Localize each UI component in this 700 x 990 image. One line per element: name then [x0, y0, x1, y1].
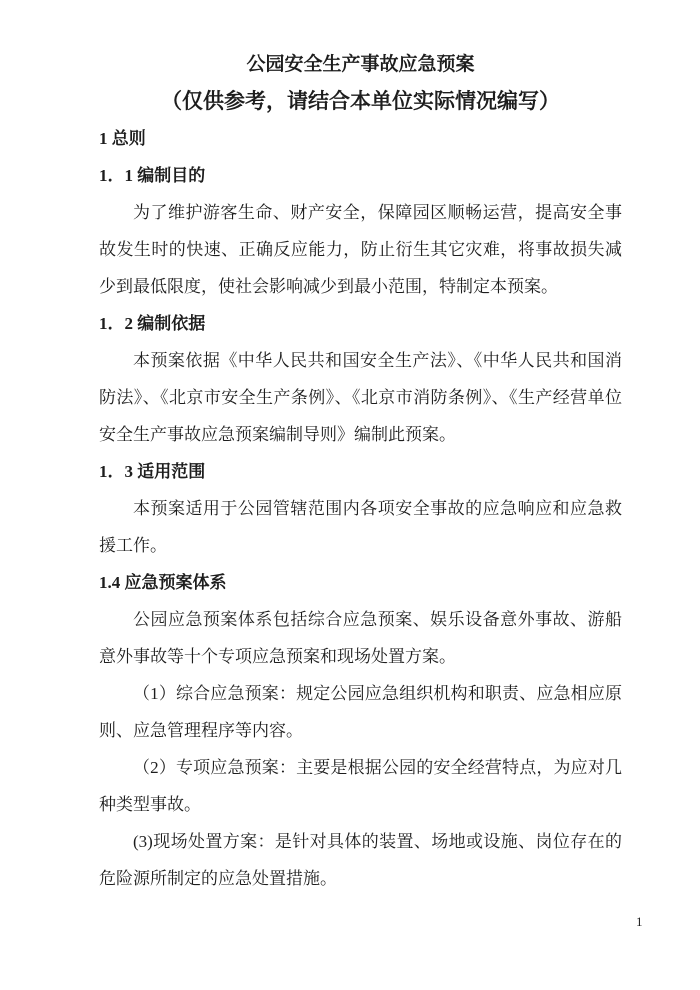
- document-title: 公园安全生产事故应急预案: [99, 46, 622, 83]
- paragraph-emergency-plan-system: 公园应急预案体系包括综合应急预案、娱乐设备意外事故、游船意外事故等十个专项应急预…: [99, 601, 622, 675]
- document-content: 公园安全生产事故应急预案 （仅供参考，请结合本单位实际情况编写） 1 总则 1．…: [0, 0, 700, 897]
- heading-compilation-purpose: 1．1 编制目的: [99, 157, 622, 194]
- paragraph-scope-of-application: 本预案适用于公园管辖范围内各项安全事故的应急响应和应急救援工作。: [99, 490, 622, 564]
- list-item-onsite-disposal-plan: (3)现场处置方案：是针对具体的装置、场地或设施、岗位存在的危险源所制定的应急处…: [99, 823, 622, 897]
- page-number: 1: [636, 913, 643, 931]
- heading-emergency-plan-system: 1.4 应急预案体系: [99, 564, 622, 601]
- heading-compilation-basis: 1．2 编制依据: [99, 305, 622, 342]
- document-subtitle: （仅供参考，请结合本单位实际情况编写）: [99, 83, 622, 120]
- heading-scope-of-application: 1．3 适用范围: [99, 453, 622, 490]
- paragraph-compilation-purpose: 为了维护游客生命、财产安全，保障园区顺畅运营，提高安全事故发生时的快速、正确反应…: [99, 194, 622, 305]
- list-item-special-plan: （2）专项应急预案：主要是根据公园的安全经营特点，为应对几种类型事故。: [99, 749, 622, 823]
- heading-general-provisions: 1 总则: [99, 120, 622, 157]
- document-page: 公园安全生产事故应急预案 （仅供参考，请结合本单位实际情况编写） 1 总则 1．…: [0, 0, 700, 990]
- paragraph-compilation-basis: 本预案依据《中华人民共和国安全生产法》、《中华人民共和国消防法》、《北京市安全生…: [99, 342, 622, 453]
- list-item-comprehensive-plan: （1）综合应急预案：规定公园应急组织机构和职责、应急相应原则、应急管理程序等内容…: [99, 675, 622, 749]
